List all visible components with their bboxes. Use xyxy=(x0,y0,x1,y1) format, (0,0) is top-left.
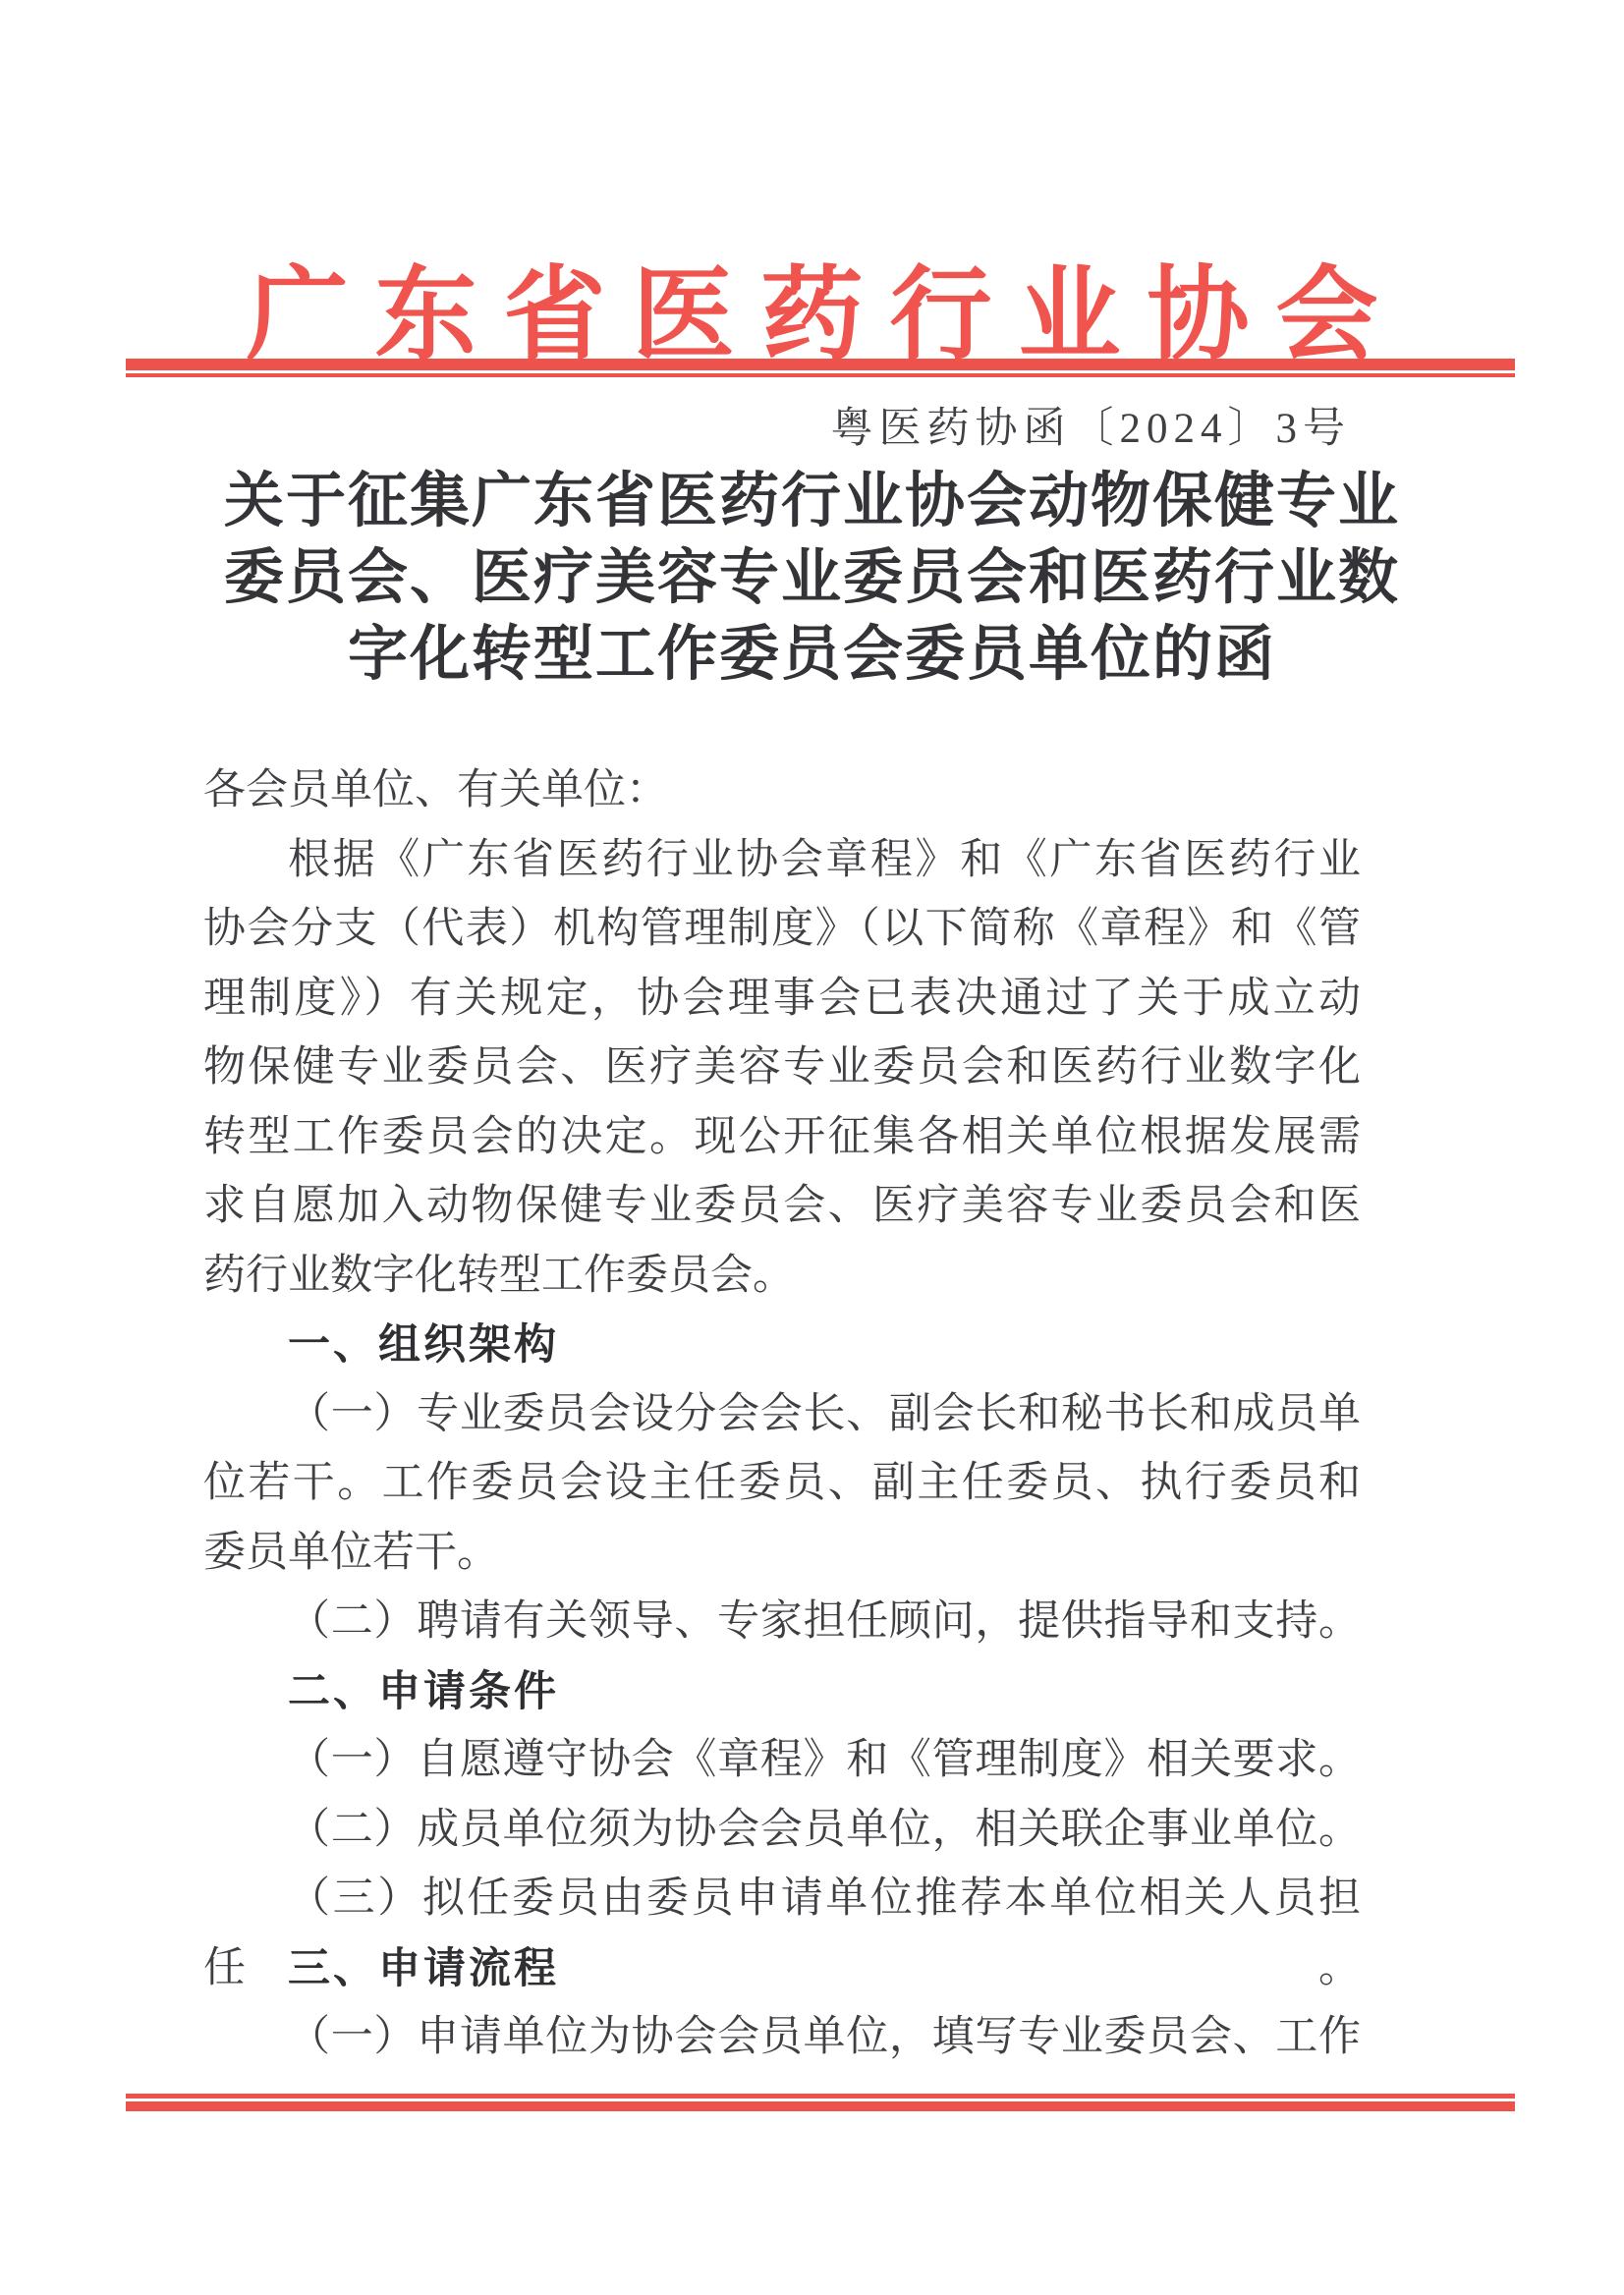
divider-thin-bar xyxy=(126,373,1515,377)
body-line: 药行业数字化转型工作委员会。 xyxy=(203,1242,1361,1312)
body-line: （一）自愿遵守协会《章程》和《管理制度》相关要求。 xyxy=(203,1726,1361,1796)
body-line: （一）申请单位为协会会员单位，填写专业委员会、工作 xyxy=(203,2003,1361,2073)
body-line: 根据《广东省医药行业协会章程》和《广东省医药行业 xyxy=(203,826,1361,896)
letterhead-divider xyxy=(126,359,1515,377)
body-line: 委员单位若干。 xyxy=(203,1519,1361,1589)
letter-body: 各会员单位、有关单位： 根据《广东省医药行业协会章程》和《广东省医药行业 协会分… xyxy=(203,756,1361,2073)
letterhead-org-title: 广东省医药行业协会 xyxy=(0,232,1624,379)
letter-title-line: 委员会、医疗美容专业委员会和医药行业数 xyxy=(0,540,1624,617)
document-number: 粤医药协函〔2024〕3号 xyxy=(831,395,1352,455)
section-heading: 二、申请条件 xyxy=(203,1657,1361,1727)
body-line: 物保健专业委员会、医疗美容专业委员会和医药行业数字化 xyxy=(203,1034,1361,1103)
letter-title: 关于征集广东省医药行业协会动物保健专业 委员会、医疗美容专业委员会和医药行业数 … xyxy=(0,464,1624,694)
body-line: 求自愿加入动物保健专业委员会、医疗美容专业委员会和医 xyxy=(203,1172,1361,1242)
body-line: 理制度》）有关规定，协会理事会已表决通过了关于成立动 xyxy=(203,965,1361,1035)
body-line: （二）聘请有关领导、专家担任顾问，提供指导和支持。 xyxy=(203,1588,1361,1657)
document-page: 广东省医药行业协会 粤医药协函〔2024〕3号 关于征集广东省医药行业协会动物保… xyxy=(0,0,1624,2295)
salutation: 各会员单位、有关单位： xyxy=(203,756,1361,826)
divider-thin-bar xyxy=(126,2094,1515,2099)
body-line: （二）成员单位须为协会会员单位，相关联企事业单位。 xyxy=(203,1796,1361,1866)
body-line: （三）拟任委员由委员申请单位推荐本单位相关人员担任。 xyxy=(203,1865,1361,1934)
body-line: 转型工作委员会的决定。现公开征集各相关单位根据发展需 xyxy=(203,1103,1361,1173)
letter-title-line: 字化转型工作委员会委员单位的函 xyxy=(0,617,1624,694)
section-heading: 一、组织架构 xyxy=(203,1311,1361,1380)
divider-thick-bar xyxy=(126,359,1515,370)
divider-thick-bar xyxy=(126,2101,1515,2111)
letter-title-line: 关于征集广东省医药行业协会动物保健专业 xyxy=(0,464,1624,540)
body-line: 位若干。工作委员会设主任委员、副主任委员、执行委员和 xyxy=(203,1449,1361,1519)
body-line: 协会分支（代表）机构管理制度》（以下简称《章程》和《管 xyxy=(203,895,1361,965)
body-line: （一）专业委员会设分会会长、副会长和秘书长和成员单 xyxy=(203,1380,1361,1450)
footer-divider xyxy=(126,2094,1515,2111)
